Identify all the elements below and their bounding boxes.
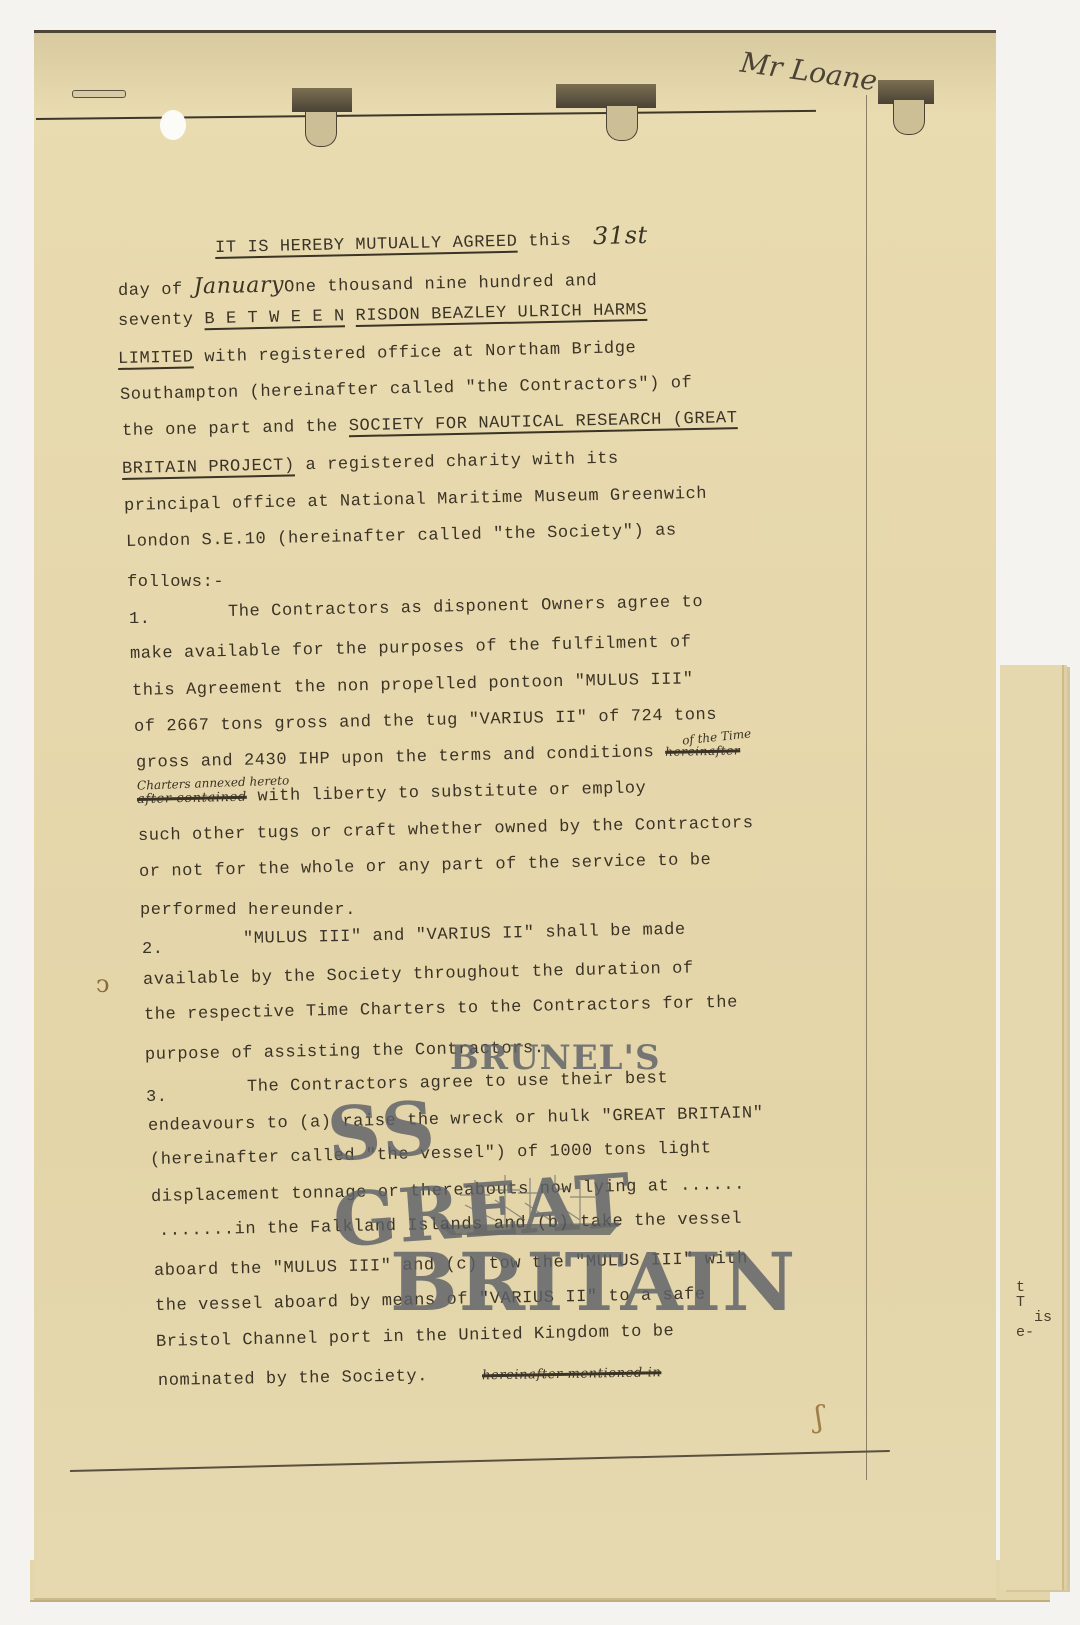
handwritten-month: January — [193, 273, 284, 300]
struck-text: hereinafter mentioned in — [482, 1365, 662, 1383]
ss-great-britain-watermark: BRUNEL'S SS GREAT BRITAIN — [330, 1030, 750, 1330]
back-sheet-edge-text: t T is e- — [1016, 1280, 1052, 1340]
back-sheet-right: t T is e- — [1000, 665, 1064, 1590]
stain-mark: ʃ — [815, 1400, 823, 1435]
watermark-britain: BRITAIN — [390, 1235, 796, 1329]
stain-mark: ↄ — [96, 970, 109, 998]
clause-1-line: performed hereunder. — [140, 901, 356, 920]
binder-clip-3 — [893, 100, 925, 135]
handwritten-date: 31st — [593, 221, 648, 250]
clause-3-number: 3. — [146, 1088, 168, 1107]
struck-text: hereinafter — [665, 743, 740, 759]
clause-1-number: 1. — [129, 610, 151, 629]
clause-2-number: 2. — [142, 940, 164, 959]
opening-line-10: follows:- — [127, 573, 224, 592]
struck-text: after contained — [137, 790, 247, 807]
